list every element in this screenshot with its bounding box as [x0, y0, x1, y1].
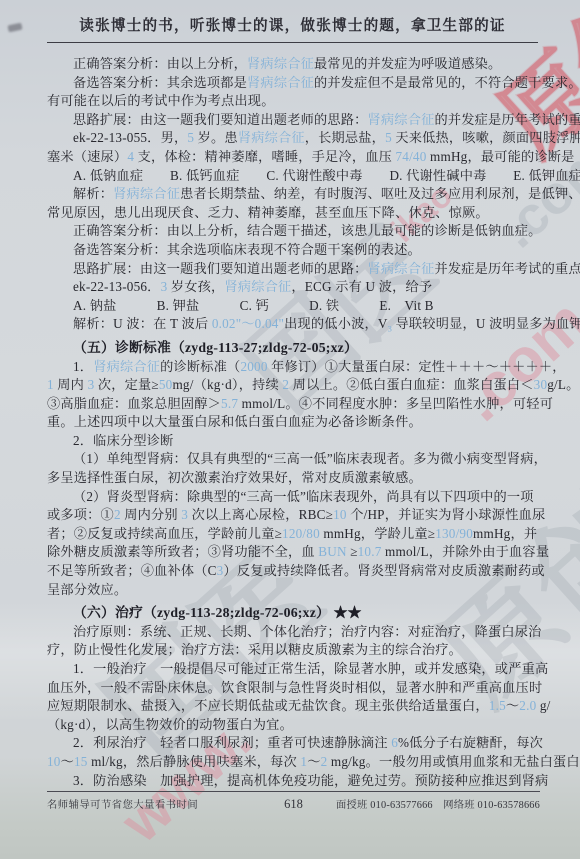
- text-segment: 并发症是历年考试的重点。: [434, 261, 580, 276]
- text-segment: mmol/L，并除外由于血容量: [382, 544, 550, 559]
- text-line: （五）诊断标准（zydg-113-27;zldg-72-05;xz）: [47, 339, 540, 358]
- text-segment: ～: [61, 754, 74, 769]
- text-segment: 解析：: [73, 186, 113, 201]
- text-segment: （kg·d），以高生物效价的动物蛋白为宜。: [47, 717, 293, 732]
- text-segment: ～: [506, 698, 519, 713]
- scanned-book-page: 原创.comikao国医.com原创国医www. 读张博士的书，听张博士的课，做…: [0, 0, 580, 859]
- footer-left-note: 名师辅导可节省您大量看书时间: [47, 796, 254, 811]
- scan-smudge: [7, 23, 22, 33]
- highlight-term: 50: [159, 377, 173, 392]
- text-segment: 周内分别: [121, 507, 182, 522]
- text-segment: 次，定量≥: [94, 377, 158, 392]
- text-segment: 正确答案分析：由以上分析，: [73, 56, 247, 71]
- text-segment: 最常见的并发症为呼吸道感染。: [314, 56, 501, 71]
- text-line: 思路扩展：由这一题我们要知道出题老师的思路：肾病综合征的并发症是历年考试的重点。: [47, 111, 540, 130]
- footer-page-number: 618: [254, 797, 334, 812]
- highlight-term: BUN: [318, 544, 346, 559]
- text-line: 疗，防止慢性化发展；治疗方法：采用以糖皮质激素为主的综合治疗。: [47, 641, 540, 660]
- text-segment: 除外糖皮质激素等所致者；③肾功能不全，血: [47, 544, 318, 559]
- text-segment: ③高脂血症：血浆总胆固醇＞: [47, 396, 221, 411]
- text-segment: 年修订）①大量蛋白尿：定性＋＋＋～＋＋＋＋，: [268, 359, 566, 374]
- text-segment: mmHg，并: [473, 526, 537, 541]
- text-line: A. 钠盐 B. 钾盐 C. 钙 D. 铁 E. Vit B: [47, 297, 540, 316]
- text-segment: 支，体检：精神萎靡，嗜睡，手足冷，血压: [134, 149, 395, 164]
- highlight-term: 120/80: [282, 526, 320, 541]
- text-line: 治疗原则：系统、正规、长期、个体化治疗；治疗内容：对症治疗，降蛋白尿治: [47, 623, 540, 642]
- highlight-term: 2: [114, 507, 121, 522]
- text-segment: 思路扩展：由这一题我们要知道出题老师的思路：: [73, 261, 368, 276]
- text-segment: 的并发症是历年考试的重点。: [434, 112, 580, 127]
- text-line: 呈部分效应。: [47, 581, 540, 600]
- text-line: 思路扩展：由这一题我们要知道出题老师的思路：肾病综合征并发症是历年考试的重点。: [47, 260, 540, 279]
- text-segment: 血压外，一般不需卧床休息。饮食限制与急性肾炎时相似，显著水肿和严重高血压时: [47, 680, 542, 695]
- text-segment: ）反复或持续降低者。肾炎型肾病常对皮质激素耐药或: [223, 563, 544, 578]
- text-segment: ml/kg，然后静脉使用呋塞米，每次: [88, 754, 301, 769]
- text-line: 或多项：①2 周内分别 3 次以上离心尿检，RBC≥10 个/HP，并证实为肾小…: [47, 506, 540, 525]
- text-segment: 天来低热，咳嗽，颜面四肢浮肿，曾用呋: [392, 130, 580, 145]
- text-segment: ≥: [347, 544, 358, 559]
- highlight-term: 肾病综合征: [368, 261, 435, 276]
- text-segment: 个/HP，并证实为肾小球源性血尿: [347, 507, 546, 522]
- text-line: （1）单纯型肾病：仅具有典型的“三高一低”临床表现者。多为微小病变型肾病，: [47, 450, 540, 469]
- highlight-term: 10.7: [358, 544, 382, 559]
- text-segment: 1．一般治疗 一般提倡尽可能过正常生活，除显著水肿，或并发感染，或严重高: [73, 661, 548, 676]
- text-line: 常见原因，患儿出现厌食、乏力、精神萎靡，甚至血压下降、休克、惊厥。: [47, 204, 540, 223]
- page-footer: 名师辅导可节省您大量看书时间 618 面授班 010-63577666 网络班 …: [47, 791, 540, 812]
- text-segment: 多呈选择性蛋白尿，初次激素治疗效果好，常对皮质激素敏感。: [47, 470, 422, 485]
- text-line: 备选答案分析：其余选项都是肾病综合征的并发症但不是最常见的，不符合题干要求。须注…: [47, 74, 540, 93]
- highlight-term: 10: [333, 507, 347, 522]
- text-line: 正确答案分析：由以上分析，结合题干描述，该患儿最可能的诊断是低钠血症。: [47, 222, 540, 241]
- text-segment: mg/（kg·d），持续: [172, 377, 282, 392]
- text-segment: A. 低钠血症 B. 低钙血症 C. 代谢性酸中毒 D. 代谢性碱中毒 E. 低…: [73, 168, 580, 183]
- text-segment: （五）诊断标准（zydg-113-27;zldg-72-05;xz）: [73, 340, 358, 355]
- text-segment: 出现的低小波，V: [284, 316, 387, 331]
- text-segment: 周内: [54, 377, 88, 392]
- highlight-term: 1: [47, 377, 54, 392]
- text-segment: 导联较明显，U 波明显多为血钾过低。: [392, 316, 580, 331]
- highlight-term: 肾病综合征: [247, 75, 314, 90]
- text-line: （2）肾炎型肾病：除典型的“三高一低”临床表现外，尚具有以下四项中的一项: [47, 488, 540, 507]
- text-segment: 岁女孩，: [167, 279, 224, 294]
- text-segment: 不足等所致者；④血补体（C: [47, 563, 217, 578]
- doc-body: 正确答案分析：由以上分析，肾病综合征最常见的并发症为呼吸道感染。备选答案分析：其…: [47, 55, 540, 790]
- text-segment: 次以上离心尿检，RBC≥: [188, 507, 333, 522]
- highlight-term: 肾病综合征: [247, 56, 314, 71]
- text-segment: 常见原因，患儿出现厌食、乏力、精神萎靡，甚至血压下降、休克、惊厥。: [47, 205, 489, 220]
- text-line: 者；②反复或持续高血压，学龄前儿童≥120/80 mmHg，学龄儿童≥130/9…: [47, 525, 540, 544]
- text-segment: 3．防治感染 加强护理，提高机体免疫功能，避免过劳。预防接种应推迟到肾病: [73, 773, 548, 788]
- text-segment: 思路扩展：由这一题我们要知道出题老师的思路：: [73, 112, 368, 127]
- text-line: 3．防治感染 加强护理，提高机体免疫功能，避免过劳。预防接种应推迟到肾病: [47, 772, 540, 791]
- highlight-term: 30: [534, 377, 548, 392]
- text-segment: 有可能在以后的考试中作为考点出现。: [47, 93, 275, 108]
- highlight-term: 1.5: [489, 698, 506, 713]
- highlight-term: 15: [74, 754, 88, 769]
- text-segment: ek-22-13-056．: [73, 279, 161, 294]
- highlight-term: 0.02"～0.04": [212, 316, 284, 331]
- text-segment: ek-22-13-055．男，: [73, 130, 187, 145]
- text-segment: 疗，防止慢性化发展；治疗方法：采用以糖皮质激素为主的综合治疗。: [47, 642, 462, 657]
- text-segment: ，长期忌盐，: [305, 130, 385, 145]
- highlight-term: 2000: [240, 359, 267, 374]
- text-segment: 岁。患: [194, 130, 238, 145]
- text-line: 解析：U 波：在 T 波后 0.02"～0.04"出现的低小波，V3 导联较明显…: [47, 315, 540, 334]
- text-segment: mmol/L。④不同程度水肿：多呈凹陷性水肿，可轻可: [238, 396, 553, 411]
- text-line: 不足等所致者；④血补体（C3）反复或持续降低者。肾炎型肾病常对皮质激素耐药或: [47, 562, 540, 581]
- text-line: 解析：肾病综合征患者长期禁盐、纳差，有时腹泻、呕吐及过多应用利尿剂，是低钾、低钠…: [47, 185, 540, 204]
- highlight-term: 10: [47, 754, 61, 769]
- highlight-term: 肾病综合征: [368, 112, 435, 127]
- text-segment: 2．利尿治疗 轻者口服利尿剂；重者可快速静脉滴注: [73, 735, 391, 750]
- text-line: 除外糖皮质激素等所致者；③肾功能不全，血 BUN ≥10.7 mmol/L，并除…: [47, 543, 540, 562]
- text-segment: %低分子右旋糖酐，每次: [398, 735, 543, 750]
- highlight-term: 74/40: [395, 149, 426, 164]
- text-segment: 呈部分效应。: [47, 582, 127, 597]
- text-segment: （1）单纯型肾病：仅具有典型的“三高一低”临床表现者。多为微小病变型肾病，: [73, 451, 547, 466]
- text-segment: A. 钠盐 B. 钾盐 C. 钙 D. 铁 E. Vit B: [73, 298, 434, 313]
- text-line: 正确答案分析：由以上分析，肾病综合征最常见的并发症为呼吸道感染。: [47, 55, 540, 74]
- text-segment: 1．: [73, 359, 93, 374]
- text-segment: ～: [307, 754, 320, 769]
- highlight-term: 肾病综合征: [224, 279, 291, 294]
- text-segment: （2）肾炎型肾病：除典型的“三高一低”临床表现外，尚具有以下四项中的一项: [73, 489, 534, 504]
- highlight-term: 2.0: [519, 698, 536, 713]
- text-segment: g/: [536, 698, 550, 713]
- text-line: 1．一般治疗 一般提倡尽可能过正常生活，除显著水肿，或并发感染，或严重高: [47, 660, 540, 679]
- text-segment: 备选答案分析：其余选项临床表现不符合题干案例的表述。: [73, 242, 421, 257]
- text-line: 多呈选择性蛋白尿，初次激素治疗效果好，常对皮质激素敏感。: [47, 469, 540, 488]
- text-segment: 周以上。②低白蛋白血症：血浆白蛋白＜: [289, 377, 533, 392]
- text-segment: ，ECG 示有 U 波，给予: [291, 279, 432, 294]
- text-line: 有可能在以后的考试中作为考点出现。: [47, 92, 540, 111]
- text-line: 1 周内 3 次，定量≥50mg/（kg·d），持续 2 周以上。②低白蛋白血症…: [47, 376, 540, 395]
- text-segment: 备选答案分析：其余选项都是: [73, 75, 247, 90]
- text-segment: 塞米（速尿）: [47, 149, 127, 164]
- text-line: ek-22-13-055．男，5 岁。患肾病综合征，长期忌盐，5 天来低热，咳嗽…: [47, 129, 540, 148]
- text-line: 血压外，一般不需卧床休息。饮食限制与急性肾炎时相似，显著水肿和严重高血压时: [47, 679, 540, 698]
- highlight-term: 肾病综合征: [113, 186, 180, 201]
- text-line: ③高脂血症：血浆总胆固醇＞5.7 mmol/L。④不同程度水肿：多呈凹陷性水肿，…: [47, 395, 540, 414]
- text-line: 应短期限制水、盐摄入，不应长期低盐或无盐饮食。现主张供给适量蛋白，1.5～2.0…: [47, 697, 540, 716]
- text-line: 重。上述四项中以大量蛋白尿和低白蛋白血症为必备诊断条件。: [47, 413, 540, 432]
- footer-contact-phones: 面授班 010-63577666 网络班 010-63578666: [334, 796, 541, 811]
- text-segment: mmHg，最可能的诊断是: [427, 149, 575, 164]
- highlight-term: 130/90: [435, 526, 473, 541]
- text-segment: 重。上述四项中以大量蛋白尿和低白蛋白血症为必备诊断条件。: [47, 414, 422, 429]
- text-line: ek-22-13-056．3 岁女孩，肾病综合征，ECG 示有 U 波，给予: [47, 278, 540, 297]
- text-segment: mmHg，学龄儿童≥: [320, 526, 435, 541]
- text-segment: 正确答案分析：由以上分析，结合题干描述，该患儿最可能的诊断是低钠血症。: [73, 223, 542, 238]
- text-line: （kg·d），以高生物效价的动物蛋白为宜。: [47, 716, 540, 735]
- page-header: 读张博士的书，听张博士的课，做张博士的题，拿卫生部的证: [47, 14, 538, 43]
- text-segment: 治疗原则：系统、正规、长期、个体化治疗；治疗内容：对症治疗，降蛋白尿治: [73, 624, 542, 639]
- text-segment: 患者长期禁盐、纳差，有时腹泻、呕吐及过多应用利尿剂，是低钾、低钠的: [180, 186, 580, 201]
- header-slogan: 读张博士的书，听张博士的课，做张博士的题，拿卫生部的证: [79, 18, 505, 34]
- text-segment: 的诊断标准（: [160, 359, 240, 374]
- highlight-term: 5.7: [221, 396, 238, 411]
- text-line: 塞米（速尿）4 支，体检：精神萎靡，嗜睡，手足冷，血压 74/40 mmHg，最…: [47, 148, 540, 167]
- text-segment: 2．临床分型诊断: [73, 433, 174, 448]
- text-line: （六）治疗（zydg-113-28;zldg-72-06;xz） ★★: [47, 604, 540, 623]
- text-line: 2．利尿治疗 轻者口服利尿剂；重者可快速静脉滴注 6%低分子右旋糖酐，每次: [47, 734, 540, 753]
- text-segment: 者；②反复或持续高血压，学龄前儿童≥: [47, 526, 282, 541]
- text-line: 10～15 ml/kg，然后静脉使用呋塞米，每次 1～2 mg/kg。一般勿用或…: [47, 753, 540, 772]
- text-line: A. 低钠血症 B. 低钙血症 C. 代谢性酸中毒 D. 代谢性碱中毒 E. 低…: [47, 167, 540, 186]
- highlight-term: 6: [391, 735, 398, 750]
- text-line: 1．肾病综合征的诊断标准（2000 年修订）①大量蛋白尿：定性＋＋＋～＋＋＋＋，: [47, 358, 540, 377]
- text-segment: g/L。: [547, 377, 579, 392]
- text-segment: （六）治疗（zydg-113-28;zldg-72-06;xz） ★★: [73, 605, 362, 620]
- text-line: 备选答案分析：其余选项临床表现不符合题干案例的表述。: [47, 241, 540, 260]
- text-segment: 或多项：①: [47, 507, 114, 522]
- text-segment: mg/kg。一般勿用或慎用血浆和无盐白蛋白。: [327, 754, 580, 769]
- highlight-term: 肾病综合征: [93, 359, 160, 374]
- text-line: 2．临床分型诊断: [47, 432, 540, 451]
- highlight-term: 5: [385, 130, 392, 145]
- text-segment: 解析：U 波：在 T 波后: [73, 316, 212, 331]
- text-segment: 的并发症但不是最常见的，不符合题干要求。须注意: [314, 75, 580, 90]
- highlight-term: 肾病综合征: [238, 130, 305, 145]
- text-segment: 应短期限制水、盐摄入，不应长期低盐或无盐饮食。现主张供给适量蛋白，: [47, 698, 489, 713]
